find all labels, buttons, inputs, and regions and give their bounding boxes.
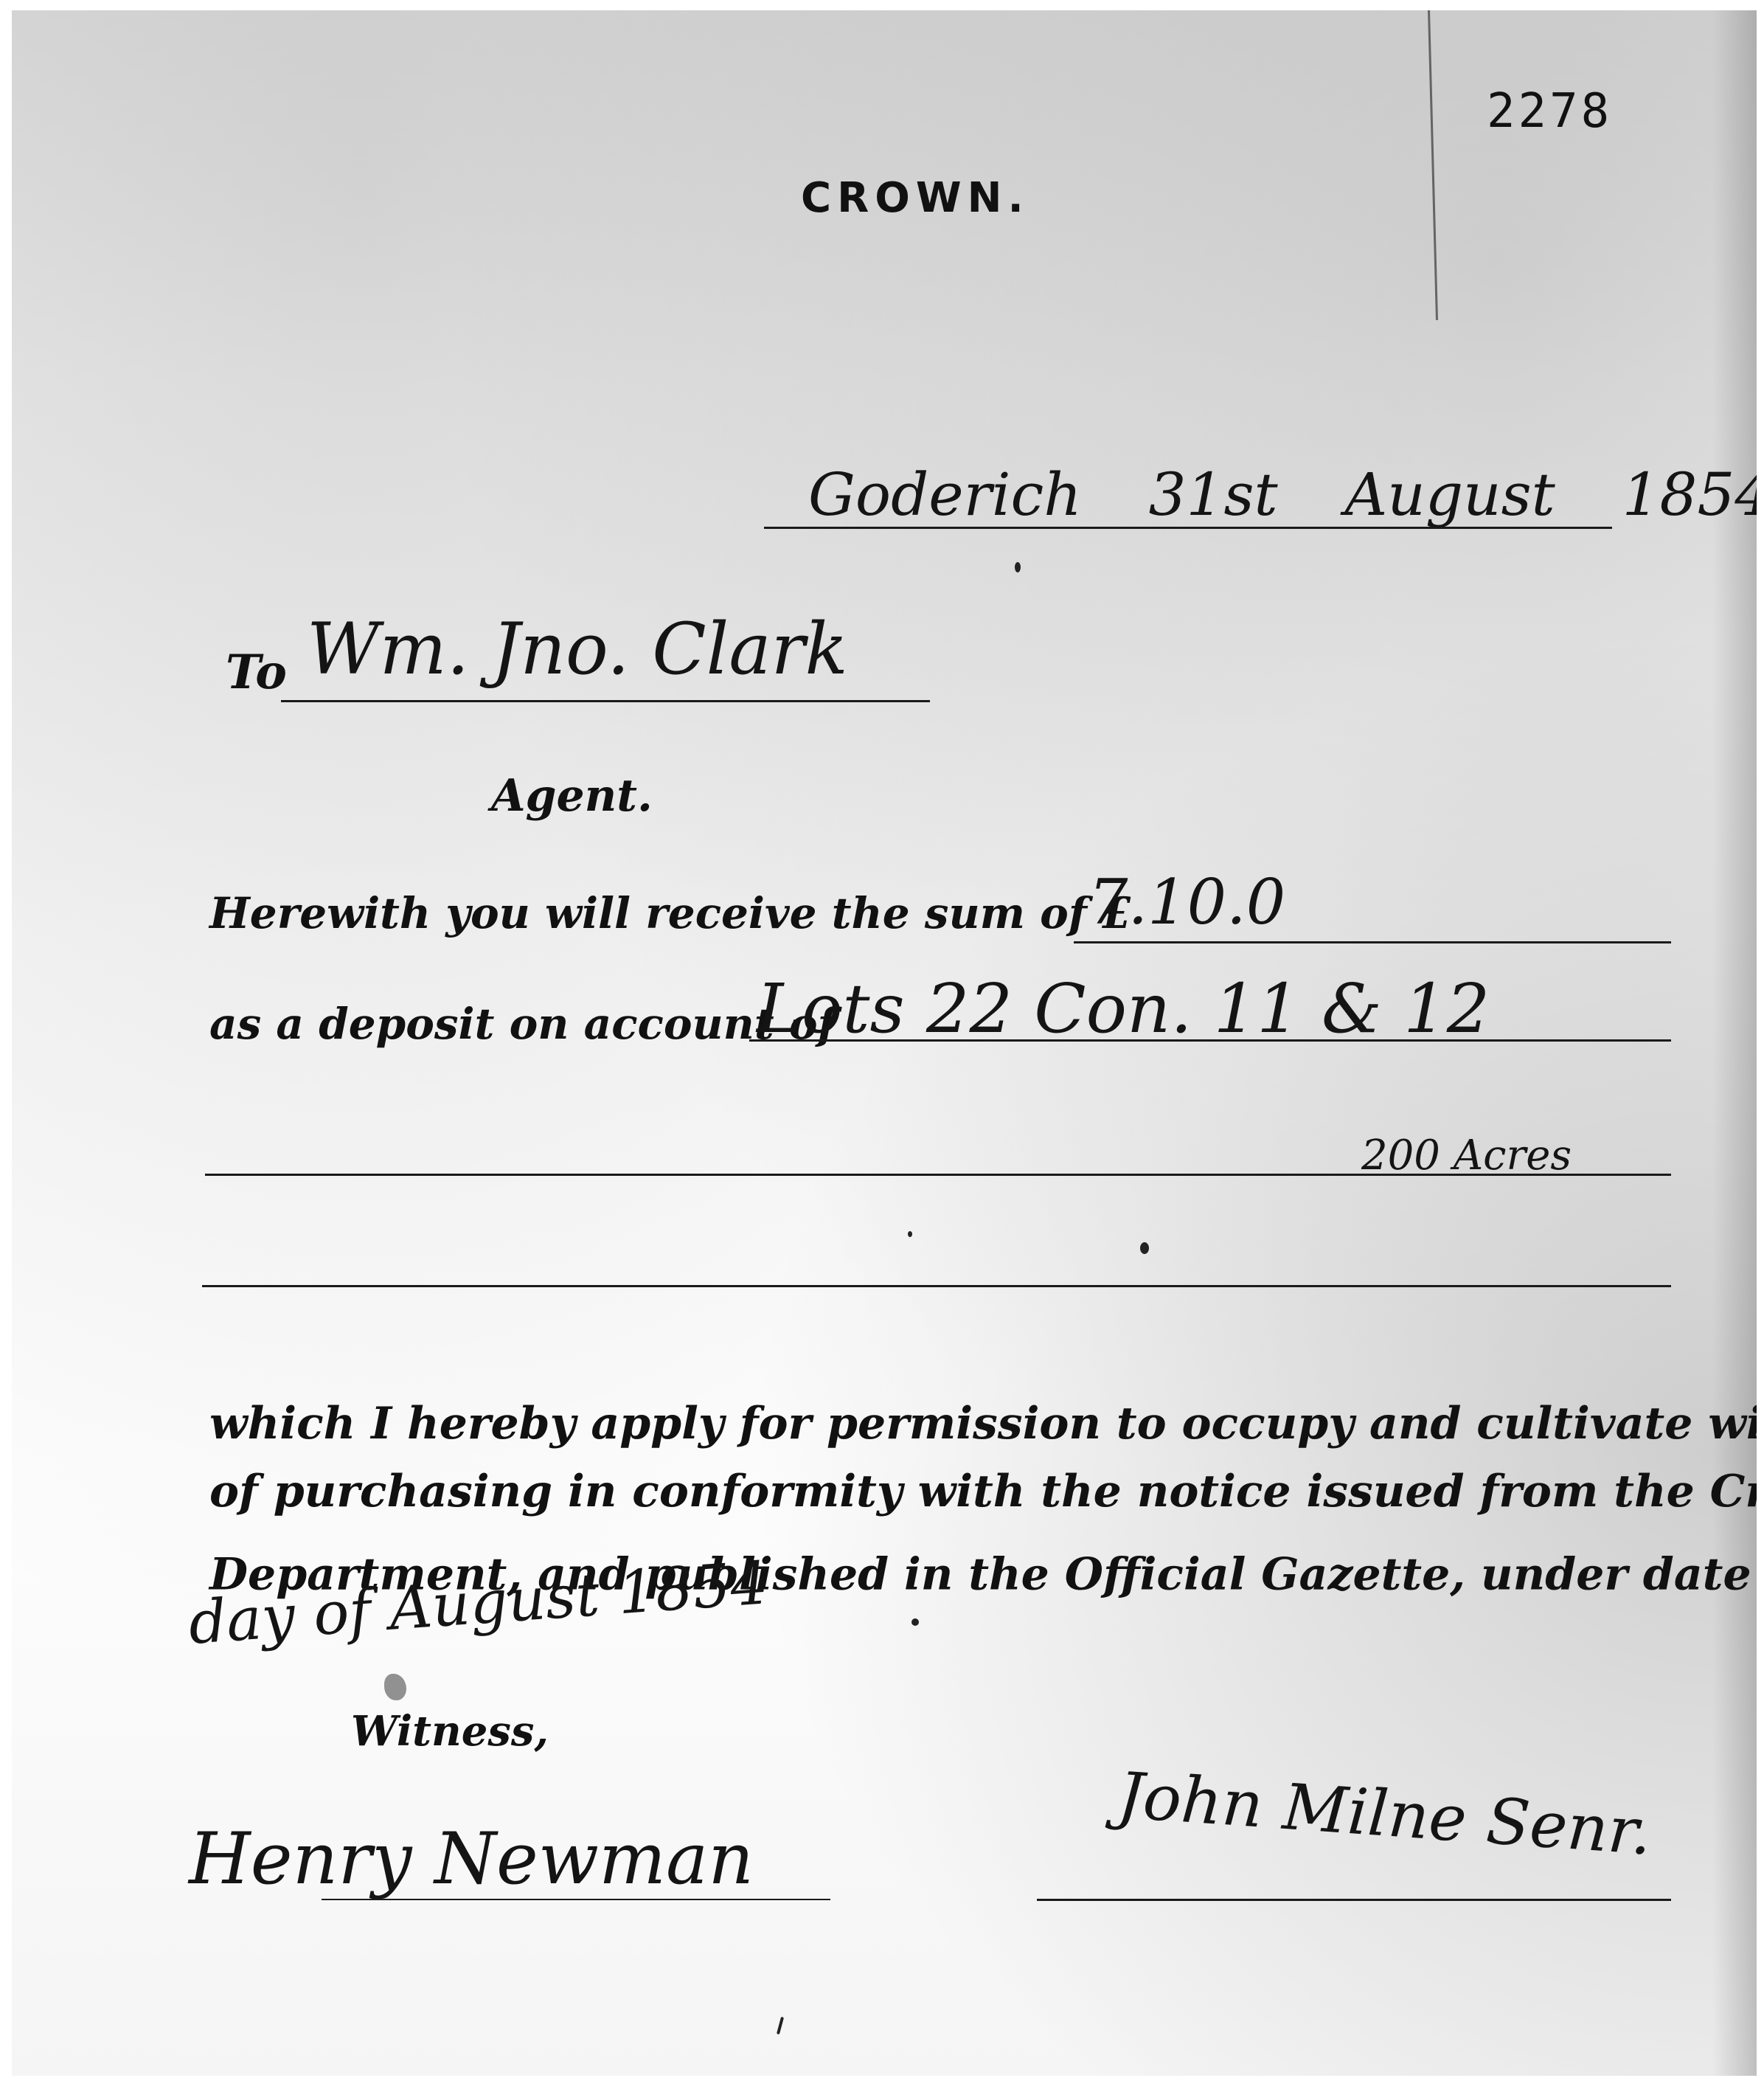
- document-number: 2278: [1487, 84, 1612, 139]
- document-heading: CROWN.: [801, 174, 1029, 222]
- ink-speck: [1015, 562, 1021, 572]
- addressee-name: Wm. Jno. Clark: [307, 608, 848, 690]
- sum-amount: 7.10.0: [1088, 866, 1285, 938]
- date-month: August: [1345, 460, 1555, 529]
- date-underline: [764, 527, 1612, 529]
- applicant-signature-line: [1037, 1899, 1671, 1901]
- sum-underline: [1074, 941, 1671, 943]
- paragraph-line-1: which I hereby apply for permission to o…: [209, 1390, 1684, 1458]
- ink-speck: [911, 1618, 919, 1626]
- place-name: Goderich: [808, 460, 1082, 529]
- ink-smudge: [384, 1674, 406, 1700]
- paper-fold-crease: [1428, 10, 1438, 320]
- deposit-label: as a deposit on account of: [209, 999, 836, 1049]
- ink-speck: [908, 1231, 912, 1237]
- addressee-underline: [281, 700, 930, 702]
- witness-label: Witness,: [351, 1707, 549, 1756]
- blank-line-1: [205, 1174, 1671, 1176]
- witness-signature: Henry Newman: [189, 1818, 754, 1900]
- ink-mark: [777, 2017, 784, 2034]
- addressee-prefix: To: [226, 645, 287, 700]
- acreage: 200 Acres: [1361, 1132, 1572, 1180]
- deposit-underline: [749, 1039, 1671, 1042]
- witness-signature-line: [322, 1899, 830, 1900]
- paper-edge-shadow: [1712, 10, 1757, 2076]
- date-day: 31st: [1149, 460, 1278, 529]
- applicant-signature: John Milne Senr.: [1116, 1759, 1654, 1869]
- addressee-title: Agent.: [491, 770, 653, 822]
- deposit-lots: Lots 22 Con. 11 & 12: [757, 969, 1490, 1048]
- paragraph-line-2: of purchasing in conformity with the not…: [209, 1458, 1684, 1525]
- blank-line-2: [202, 1285, 1671, 1287]
- date-year: 1854: [1622, 460, 1757, 529]
- place-date-line: Goderich 31st August 1854: [808, 460, 1757, 529]
- sum-label: Herewith you will receive the sum of £: [209, 888, 1131, 938]
- document-page: 2278 CROWN. Goderich 31st August 1854 To…: [12, 10, 1757, 2076]
- ink-speck: [1140, 1242, 1149, 1254]
